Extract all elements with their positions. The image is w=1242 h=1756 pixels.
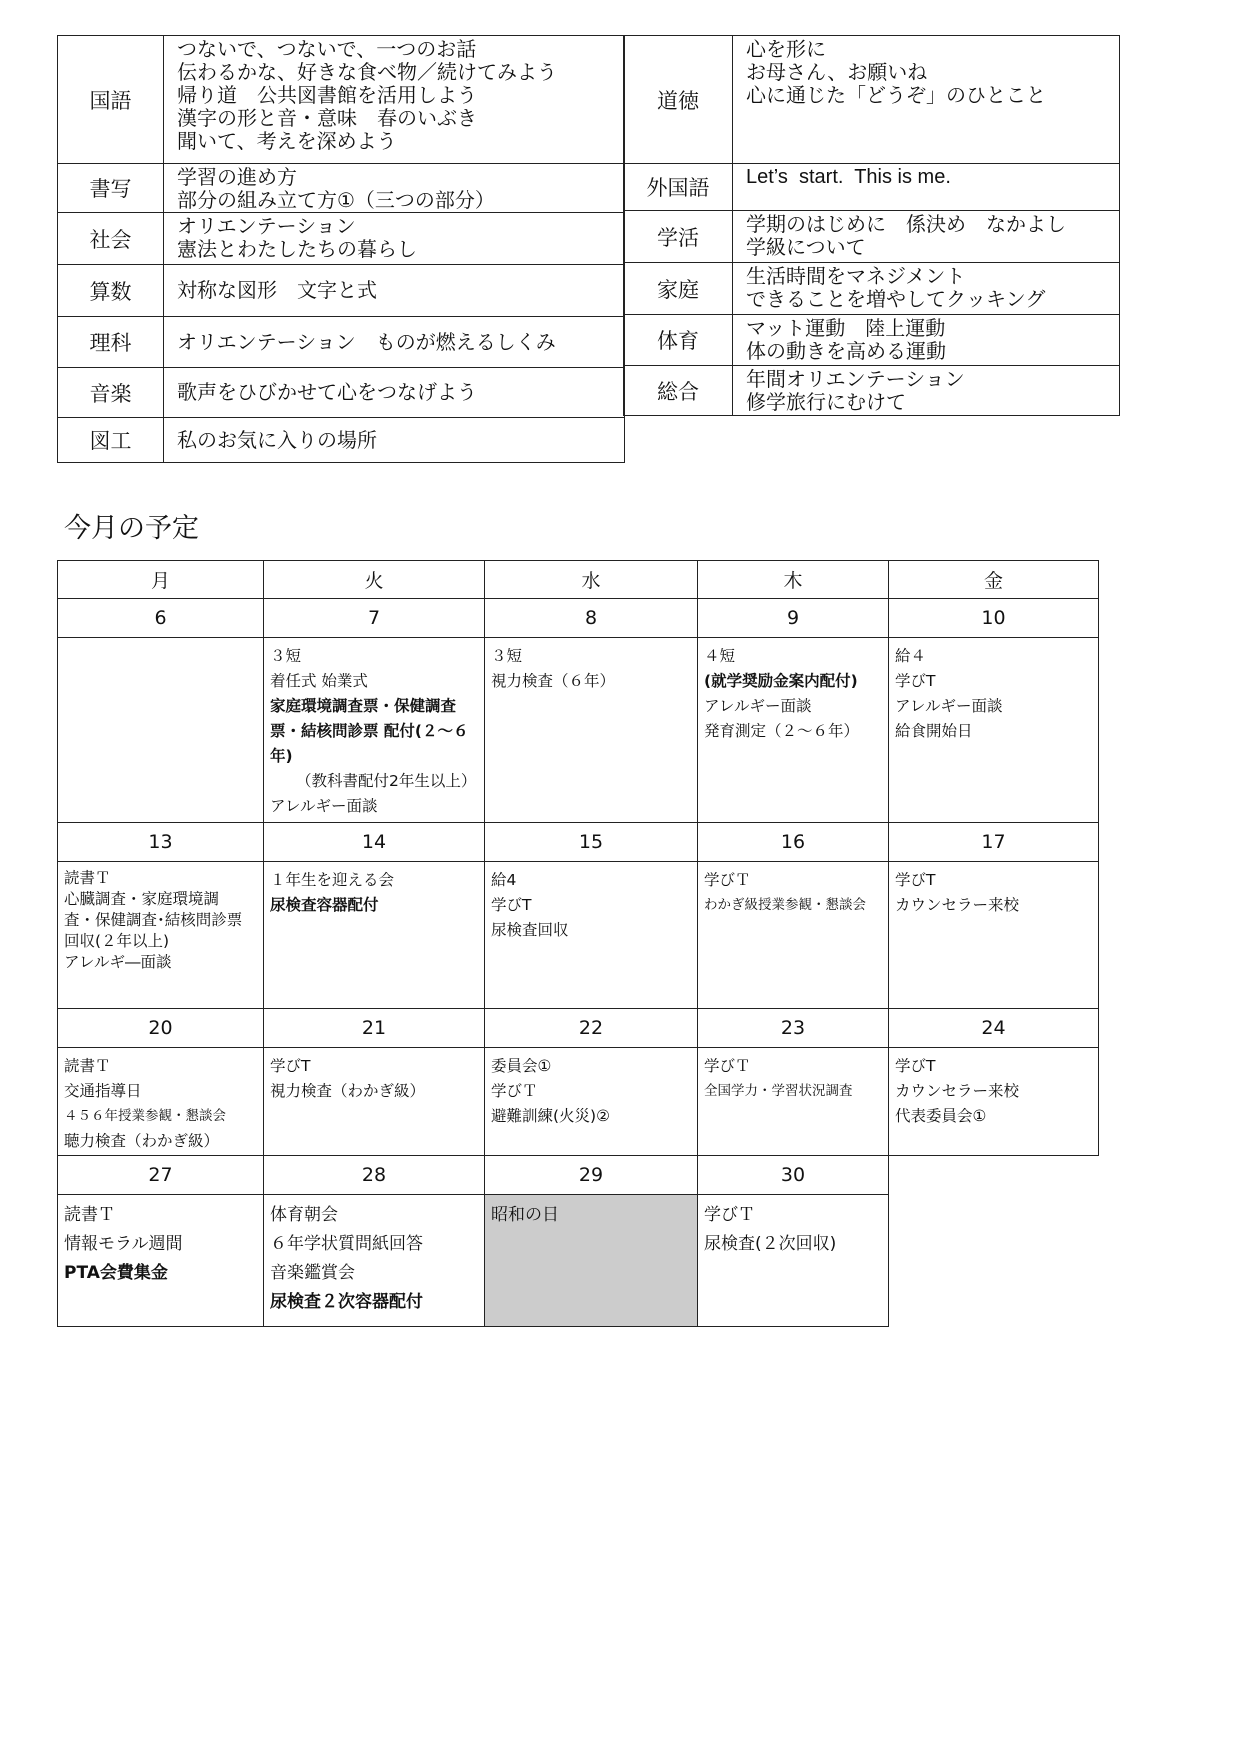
content-line: 歌声をひびかせて心をつなげよう [177,381,624,404]
event-item: 家庭環境調査票・保健調査票・結核問診票 配付(２～６年) [270,694,478,769]
subjects-table-left: 国語 つないで、つないで、一つのお話 伝わるかな、好きな食べ物／続けてみよう 帰… [57,35,625,463]
event-item: 給食開始日 [895,719,1092,744]
content-line: Let’s start. This is me. [746,166,1119,189]
content-line: 学習の進め方 [177,166,624,189]
events-cell: 学びＴ わかぎ級授業参観・懇談会 [698,862,889,1009]
event-item: 読書Ｔ [64,868,257,889]
events-cell: 学びＴ 尿検査(２次回収) [698,1195,889,1327]
schedule-title: 今月の予定 [64,512,199,546]
content-line: オリエンテーション [177,215,624,238]
subject-row-taiiku: 体育 マット運動 陸上運動 体の動きを高める運動 [624,315,1120,366]
events-cell: 読書Ｔ 心臓調査・家庭環境調 査・保健調査･結核問診票 回収(２年以上) アレル… [58,862,264,1009]
event-item: (就学奨励金案内配付) [704,669,882,694]
subject-label: 書写 [58,164,164,213]
date-cell: 9 [698,599,889,638]
subject-content: オリエンテーション 憲法とわたしたちの暮らし [164,213,625,265]
date-cell: 28 [264,1156,485,1195]
events-row: ３短 着任式 始業式 家庭環境調査票・保健調査票・結核問診票 配付(２～６年) … [58,638,1099,823]
events-row: 読書Ｔ 交通指導日 ４５６年授業参観・懇談会 聴力検査（わかぎ級） 学びT 視力… [58,1048,1099,1156]
subject-content: 年間オリエンテーション 修学旅行にむけて [733,366,1120,416]
subject-content: 対称な図形 文字と式 [164,265,625,317]
subject-label: 国語 [58,36,164,164]
event-item: 学びT [491,893,691,918]
event-item: 学びＴ [491,1079,691,1104]
date-cell: 20 [58,1009,264,1048]
event-item: 尿検査(２次回収) [704,1230,882,1259]
subject-row-sogo: 総合 年間オリエンテーション 修学旅行にむけて [624,366,1120,416]
subject-label: 算数 [58,265,164,317]
event-item: 情報モラル週間 [64,1230,257,1259]
content-line: つないで、つないで、一つのお話 [177,38,624,61]
content-line: 年間オリエンテーション [746,368,1119,391]
date-cell: 13 [58,823,264,862]
event-item: 尿検査容器配付 [270,893,478,918]
date-cell: 8 [485,599,698,638]
event-item: 代表委員会① [895,1104,1092,1129]
event-item: 着任式 始業式 [270,669,478,694]
event-item: 避難訓練(火災)② [491,1104,691,1129]
event-item: 委員会① [491,1054,691,1079]
weekday-wed: 水 [485,561,698,599]
event-item: わかぎ級授業参観・懇談会 [704,893,882,918]
event-item: 学びＴ [704,1054,882,1079]
content-line: 漢字の形と音・意味 春のいぶき [177,107,624,130]
date-cell: 17 [889,823,1099,862]
content-line: 生活時間をマネジメント [746,265,1119,288]
event-item: 学びＴ [704,1201,882,1230]
event-item: １年生を迎える会 [270,868,478,893]
date-cell: 29 [485,1156,698,1195]
event-item: 尿検査回収 [491,918,691,943]
subject-label: 音楽 [58,368,164,418]
holiday-label: 昭和の日 [491,1201,691,1230]
events-cell [58,638,264,823]
subject-content: 生活時間をマネジメント できることを増やしてクッキング [733,263,1120,315]
content-line: 部分の組み立て方①（三つの部分） [177,189,624,212]
content-line: 修学旅行にむけて [746,391,1119,414]
content-line: 私のお気に入りの場所 [177,429,624,452]
date-cell: 6 [58,599,264,638]
subject-label: 図工 [58,418,164,463]
subject-label: 学活 [624,211,733,263]
event-item: 査・保健調査･結核問診票 [64,910,257,931]
date-cell: 23 [698,1009,889,1048]
date-cell: 14 [264,823,485,862]
subject-row-ongaku: 音楽 歌声をひびかせて心をつなげよう [58,368,625,418]
events-cell: 学びT カウンセラー来校 代表委員会① [889,1048,1099,1156]
event-item: 体育朝会 [270,1201,478,1230]
event-item: ３短 [491,644,691,669]
content-line: 聞いて、考えを深めよう [177,130,624,153]
subject-row-gaikokugo: 外国語 Let’s start. This is me. [624,164,1120,211]
subject-row-shosha: 書写 学習の進め方 部分の組み立て方①（三つの部分） [58,164,625,213]
subjects-table-right: 道徳 心を形に お母さん、お願いね 心に通じた「どうぞ」のひとこと 外国語 Le… [623,35,1120,416]
content-line: 体の動きを高める運動 [746,340,1119,363]
event-item: 回収(２年以上) [64,931,257,952]
subject-row-dotoku: 道徳 心を形に お母さん、お願いね 心に通じた「どうぞ」のひとこと [624,36,1120,164]
subject-row-kokugo: 国語 つないで、つないで、一つのお話 伝わるかな、好きな食べ物／続けてみよう 帰… [58,36,625,164]
content-line: 伝わるかな、好きな食べ物／続けてみよう [177,61,624,84]
date-row: 13 14 15 16 17 [58,823,1099,862]
events-row: 読書Ｔ 情報モラル週間 PTA会費集金 体育朝会 ６年学状質問紙回答 音楽鑑賞会… [58,1195,1099,1327]
date-cell: 22 [485,1009,698,1048]
events-cell: 学びT 視力検査（わかぎ級） [264,1048,485,1156]
event-item: 給4 [491,868,691,893]
weekday-tue: 火 [264,561,485,599]
date-row: 27 28 29 30 [58,1156,1099,1195]
subject-content: 学期のはじめに 係決め なかよし 学級について [733,211,1120,263]
subject-content: 心を形に お母さん、お願いね 心に通じた「どうぞ」のひとこと [733,36,1120,164]
subject-row-zuko: 図工 私のお気に入りの場所 [58,418,625,463]
event-item: アレルギー面談 [895,694,1092,719]
date-cell: 24 [889,1009,1099,1048]
subject-row-shakai: 社会 オリエンテーション 憲法とわたしたちの暮らし [58,213,625,265]
events-row: 読書Ｔ 心臓調査・家庭環境調 査・保健調査･結核問診票 回収(２年以上) アレル… [58,862,1099,1009]
event-item: 全国学力・学習状況調査 [704,1079,882,1104]
event-item: ４短 [704,644,882,669]
subject-row-katei: 家庭 生活時間をマネジメント できることを増やしてクッキング [624,263,1120,315]
content-line: マット運動 陸上運動 [746,317,1119,340]
content-line: できることを増やしてクッキング [746,288,1119,311]
event-item: カウンセラー来校 [895,893,1092,918]
event-item: アレルギー面談 [704,694,882,719]
event-item: アレルギー面談 [270,794,478,819]
event-item: カウンセラー来校 [895,1079,1092,1104]
subject-label: 総合 [624,366,733,416]
date-cell: 10 [889,599,1099,638]
event-item: 学びT [270,1054,478,1079]
content-line: 学級について [746,236,1119,259]
event-item: 読書Ｔ [64,1054,257,1079]
event-item: 視力検査（わかぎ級） [270,1079,478,1104]
events-cell: ３短 視力検査（６年） [485,638,698,823]
events-cell: １年生を迎える会 尿検査容器配付 [264,862,485,1009]
event-item: 読書Ｔ [64,1201,257,1230]
content-line: 帰り道 公共図書館を活用しよう [177,84,624,107]
events-cell: ４短 (就学奨励金案内配付) アレルギー面談 発育測定（２～６年） [698,638,889,823]
monthly-calendar: 月 火 水 木 金 6 7 8 9 10 ３短 着任式 始業式 家庭環境調査票・… [57,560,1099,1327]
event-item: アレルギ―面談 [64,952,257,973]
subject-content: 歌声をひびかせて心をつなげよう [164,368,625,418]
event-item: 音楽鑑賞会 [270,1259,478,1288]
event-item: 給４ [895,644,1092,669]
subject-row-gakkatsu: 学活 学期のはじめに 係決め なかよし 学級について [624,211,1120,263]
content-line: 心を形に [746,38,1119,61]
event-item: 心臓調査・家庭環境調 [64,889,257,910]
content-line: 対称な図形 文字と式 [177,279,624,302]
event-item: ４５６年授業参観・懇談会 [64,1104,257,1129]
subject-content: 学習の進め方 部分の組み立て方①（三つの部分） [164,164,625,213]
empty-cell [889,1195,1099,1327]
subject-label: 体育 [624,315,733,366]
event-item: PTA会費集金 [64,1259,257,1288]
event-item: 学びT [895,868,1092,893]
event-item: 視力検査（６年） [491,669,691,694]
event-item: 学びT [895,669,1092,694]
events-cell: 読書Ｔ 交通指導日 ４５６年授業参観・懇談会 聴力検査（わかぎ級） [58,1048,264,1156]
event-item: 交通指導日 [64,1079,257,1104]
events-cell: 学びＴ 全国学力・学習状況調査 [698,1048,889,1156]
date-cell: 21 [264,1009,485,1048]
date-cell: 30 [698,1156,889,1195]
content-line: 憲法とわたしたちの暮らし [177,238,624,261]
subject-label: 理科 [58,317,164,368]
date-cell: 16 [698,823,889,862]
events-cell: ３短 着任式 始業式 家庭環境調査票・保健調査票・結核問診票 配付(２～６年) … [264,638,485,823]
event-item: 尿検査２次容器配付 [270,1288,478,1317]
empty-cell [889,1156,1099,1195]
content-line: 心に通じた「どうぞ」のひとこと [746,84,1119,107]
event-item: 聴力検査（わかぎ級） [64,1129,257,1154]
content-line: 学期のはじめに 係決め なかよし [746,213,1119,236]
events-cell: 給4 学びT 尿検査回収 [485,862,698,1009]
date-cell: 27 [58,1156,264,1195]
subject-row-sansu: 算数 対称な図形 文字と式 [58,265,625,317]
holiday-cell: 昭和の日 [485,1195,698,1327]
content-line: お母さん、お願いね [746,61,1119,84]
event-item: ３短 [270,644,478,669]
date-cell: 15 [485,823,698,862]
event-item: （教科書配付2年生以上） [270,769,478,794]
weekday-fri: 金 [889,561,1099,599]
subject-label: 家庭 [624,263,733,315]
events-cell: 体育朝会 ６年学状質問紙回答 音楽鑑賞会 尿検査２次容器配付 [264,1195,485,1327]
event-item: 発育測定（２～６年） [704,719,882,744]
subject-row-rika: 理科 オリエンテーション ものが燃えるしくみ [58,317,625,368]
subject-label: 社会 [58,213,164,265]
subject-content: Let’s start. This is me. [733,164,1120,211]
event-item: 学びＴ [704,868,882,893]
events-cell: 委員会① 学びＴ 避難訓練(火災)② [485,1048,698,1156]
subject-content: マット運動 陸上運動 体の動きを高める運動 [733,315,1120,366]
weekday-mon: 月 [58,561,264,599]
content-line: オリエンテーション ものが燃えるしくみ [177,331,624,354]
event-item: 学びT [895,1054,1092,1079]
events-cell: 給４ 学びT アレルギー面談 給食開始日 [889,638,1099,823]
subject-content: 私のお気に入りの場所 [164,418,625,463]
event-item: ６年学状質問紙回答 [270,1230,478,1259]
events-cell: 学びT カウンセラー来校 [889,862,1099,1009]
date-row: 6 7 8 9 10 [58,599,1099,638]
weekday-header-row: 月 火 水 木 金 [58,561,1099,599]
events-cell: 読書Ｔ 情報モラル週間 PTA会費集金 [58,1195,264,1327]
date-row: 20 21 22 23 24 [58,1009,1099,1048]
subject-label: 道徳 [624,36,733,164]
subject-content: つないで、つないで、一つのお話 伝わるかな、好きな食べ物／続けてみよう 帰り道 … [164,36,625,164]
subject-label: 外国語 [624,164,733,211]
date-cell: 7 [264,599,485,638]
weekday-thu: 木 [698,561,889,599]
subject-content: オリエンテーション ものが燃えるしくみ [164,317,625,368]
